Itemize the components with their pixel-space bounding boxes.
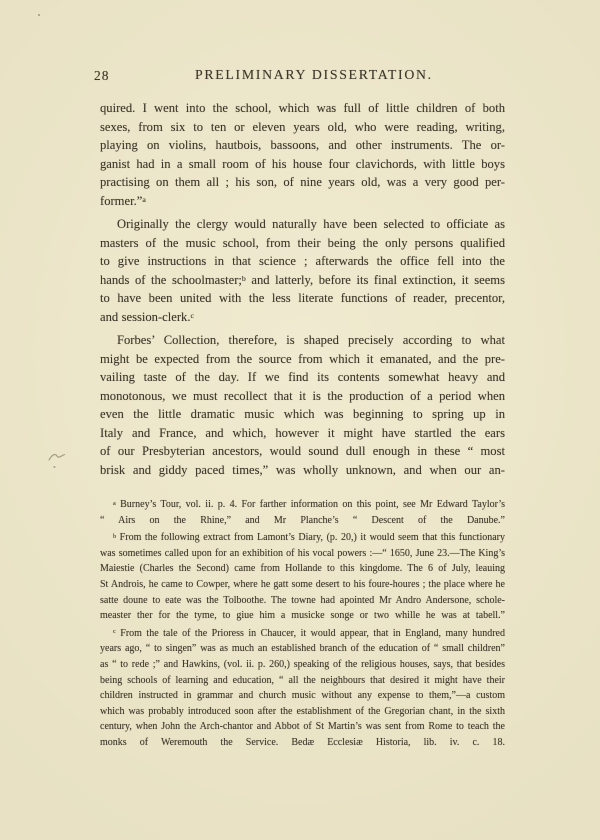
text-line: brisk and giddy paced times,” was wholly… <box>100 461 505 480</box>
text-segment: which was probably introduced soon after… <box>100 706 505 717</box>
text-line: Maiestie (Charles the Second) came from … <box>100 561 505 577</box>
text-line: children instructed in grammar and churc… <box>100 688 505 704</box>
text-line: hands of the schoolmaster;b and latterly… <box>100 271 505 290</box>
text-line: playing on violins, hautbois, bassoons, … <box>100 136 505 155</box>
text-segment: Burney’s Tour, vol. ii. p. 4. For farthe… <box>116 499 505 510</box>
footnote-reference: c <box>190 311 193 320</box>
footnote-reference: b <box>242 274 246 283</box>
text-line: masters of the music school, from their … <box>100 234 505 253</box>
text-segment: Italy and France, and which, however it … <box>100 426 505 440</box>
text-segment: monks of Weremouth the Service. Bedæ Ecc… <box>100 737 505 748</box>
text-segment: masters of the music school, from their … <box>100 236 505 250</box>
text-line: satte doune to eate was the Tolboothe. T… <box>100 593 505 609</box>
text-line: measter ther for the tyme, to giue him a… <box>100 608 505 624</box>
text-segment: playing on violins, hautbois, bassoons, … <box>100 138 505 152</box>
pen-mark <box>46 447 68 476</box>
text-segment: hands of the schoolmaster; <box>100 273 242 287</box>
text-line: which was probably introduced soon after… <box>100 704 505 720</box>
text-line: and session-clerk.c <box>100 308 505 327</box>
paragraph-clergy-music-masters: Originally the clergy would naturally ha… <box>100 215 505 326</box>
footnote-c: c From the tale of the Prioress in Chauc… <box>100 626 505 751</box>
text-segment: quired. I went into the school, which wa… <box>100 101 505 115</box>
footnote-reference: a <box>113 500 116 507</box>
text-segment: and latterly, before its final extinctio… <box>246 273 505 287</box>
text-segment: former.” <box>100 194 142 208</box>
text-line: Originally the clergy would naturally ha… <box>100 215 505 234</box>
text-segment: was sometimes called upon for an exhibit… <box>100 548 505 559</box>
text-line: ganist had in a small room of his house … <box>100 155 505 174</box>
text-segment: sexes, from six to ten or eleven years o… <box>100 120 505 134</box>
text-segment: satte doune to eate was the Tolboothe. T… <box>100 595 505 606</box>
text-segment: years ago, “ to singen” was as much an e… <box>100 643 505 654</box>
text-segment: “ Airs on the Rhine,” and Mr Planche’s “… <box>100 515 505 526</box>
text-segment: brisk and giddy paced times,” was wholly… <box>100 463 505 477</box>
running-title: PRELIMINARY DISSERTATION. <box>195 67 433 83</box>
text-segment: century, when John the Arch-chantor and … <box>100 721 505 732</box>
text-line: a Burney’s Tour, vol. ii. p. 4. For fart… <box>100 497 505 513</box>
text-segment: St Androis, he came to Cowper, where he … <box>100 579 505 590</box>
text-segment: children instructed in grammar and churc… <box>100 690 505 701</box>
text-segment: being schools of learning and education,… <box>100 675 505 686</box>
text-line: years ago, “ to singen” was as much an e… <box>100 641 505 657</box>
footnote-b: b From the following extract from Lamont… <box>100 530 505 624</box>
text-segment: practising on them all ; his son, of nin… <box>100 175 505 189</box>
text-line: as “ to rede ;” and Hawkins, (vol. ii. p… <box>100 657 505 673</box>
text-line: sexes, from six to ten or eleven years o… <box>100 118 505 137</box>
text-line: Forbes’ Collection, therefore, is shaped… <box>100 331 505 350</box>
text-line: b From the following extract from Lamont… <box>100 530 505 546</box>
text-segment: to give instructions in that science ; a… <box>100 254 505 268</box>
footnote-reference: a <box>142 195 145 204</box>
text-segment: Originally the clergy would naturally ha… <box>117 217 505 231</box>
text-line: practising on them all ; his son, of nin… <box>100 173 505 192</box>
text-segment: Maiestie (Charles the Second) came from … <box>100 563 505 574</box>
text-line: quired. I went into the school, which wa… <box>100 99 505 118</box>
text-line: century, when John the Arch-chantor and … <box>100 719 505 735</box>
text-line: to give instructions in that science ; a… <box>100 252 505 271</box>
text-line: former.”a <box>100 192 505 211</box>
text-segment: monotonous, we must recollect that it is… <box>100 389 505 403</box>
text-line: being schools of learning and education,… <box>100 673 505 689</box>
page-header: 28 PRELIMINARY DISSERTATION. <box>100 67 505 87</box>
text-line: monks of Weremouth the Service. Bedæ Ecc… <box>100 735 505 751</box>
text-line: to have been united with the less litera… <box>100 289 505 308</box>
text-segment: as “ to rede ;” and Hawkins, (vol. ii. p… <box>100 659 505 670</box>
text-segment: vailing taste of the day. If we find its… <box>100 370 505 384</box>
text-segment: might be expected from the source from w… <box>100 352 505 366</box>
text-segment: to have been united with the less litera… <box>100 291 505 305</box>
text-line: c From the tale of the Prioress in Chauc… <box>100 626 505 642</box>
text-line: vailing taste of the day. If we find its… <box>100 368 505 387</box>
text-segment: measter ther for the tyme, to giue him a… <box>100 610 505 621</box>
footnote-reference: c <box>113 628 116 635</box>
footnote-reference: b <box>113 533 116 540</box>
text-line: St Androis, he came to Cowper, where he … <box>100 577 505 593</box>
footnotes: a Burney’s Tour, vol. ii. p. 4. For fart… <box>100 497 505 753</box>
text-line: monotonous, we must recollect that it is… <box>100 387 505 406</box>
text-segment: ganist had in a small room of his house … <box>100 157 505 171</box>
text-line: even the little dramatic music which was… <box>100 405 505 424</box>
text-segment: of our Presbyterian ancestors, would sou… <box>100 444 505 458</box>
text-segment: and session-clerk. <box>100 310 190 324</box>
text-segment: Forbes’ Collection, therefore, is shaped… <box>117 333 505 347</box>
body-text: quired. I went into the school, which wa… <box>100 99 505 484</box>
text-segment: even the little dramatic music which was… <box>100 407 505 421</box>
text-line: Italy and France, and which, however it … <box>100 424 505 443</box>
text-line: of our Presbyterian ancestors, would sou… <box>100 442 505 461</box>
scanned-book-page: 28 PRELIMINARY DISSERTATION. quired. I w… <box>0 0 600 840</box>
paper-speck <box>38 14 40 16</box>
footnote-a: a Burney’s Tour, vol. ii. p. 4. For fart… <box>100 497 505 528</box>
page-number: 28 <box>94 68 110 84</box>
text-line: “ Airs on the Rhine,” and Mr Planche’s “… <box>100 513 505 529</box>
text-segment: From the following extract from Lamont’s… <box>116 532 505 543</box>
text-segment: From the tale of the Prioress in Chaucer… <box>116 628 505 639</box>
text-line: might be expected from the source from w… <box>100 350 505 369</box>
paragraph-forbes-collection: Forbes’ Collection, therefore, is shaped… <box>100 331 505 479</box>
text-line: was sometimes called upon for an exhibit… <box>100 546 505 562</box>
paragraph-organist-quotation: quired. I went into the school, which wa… <box>100 99 505 210</box>
